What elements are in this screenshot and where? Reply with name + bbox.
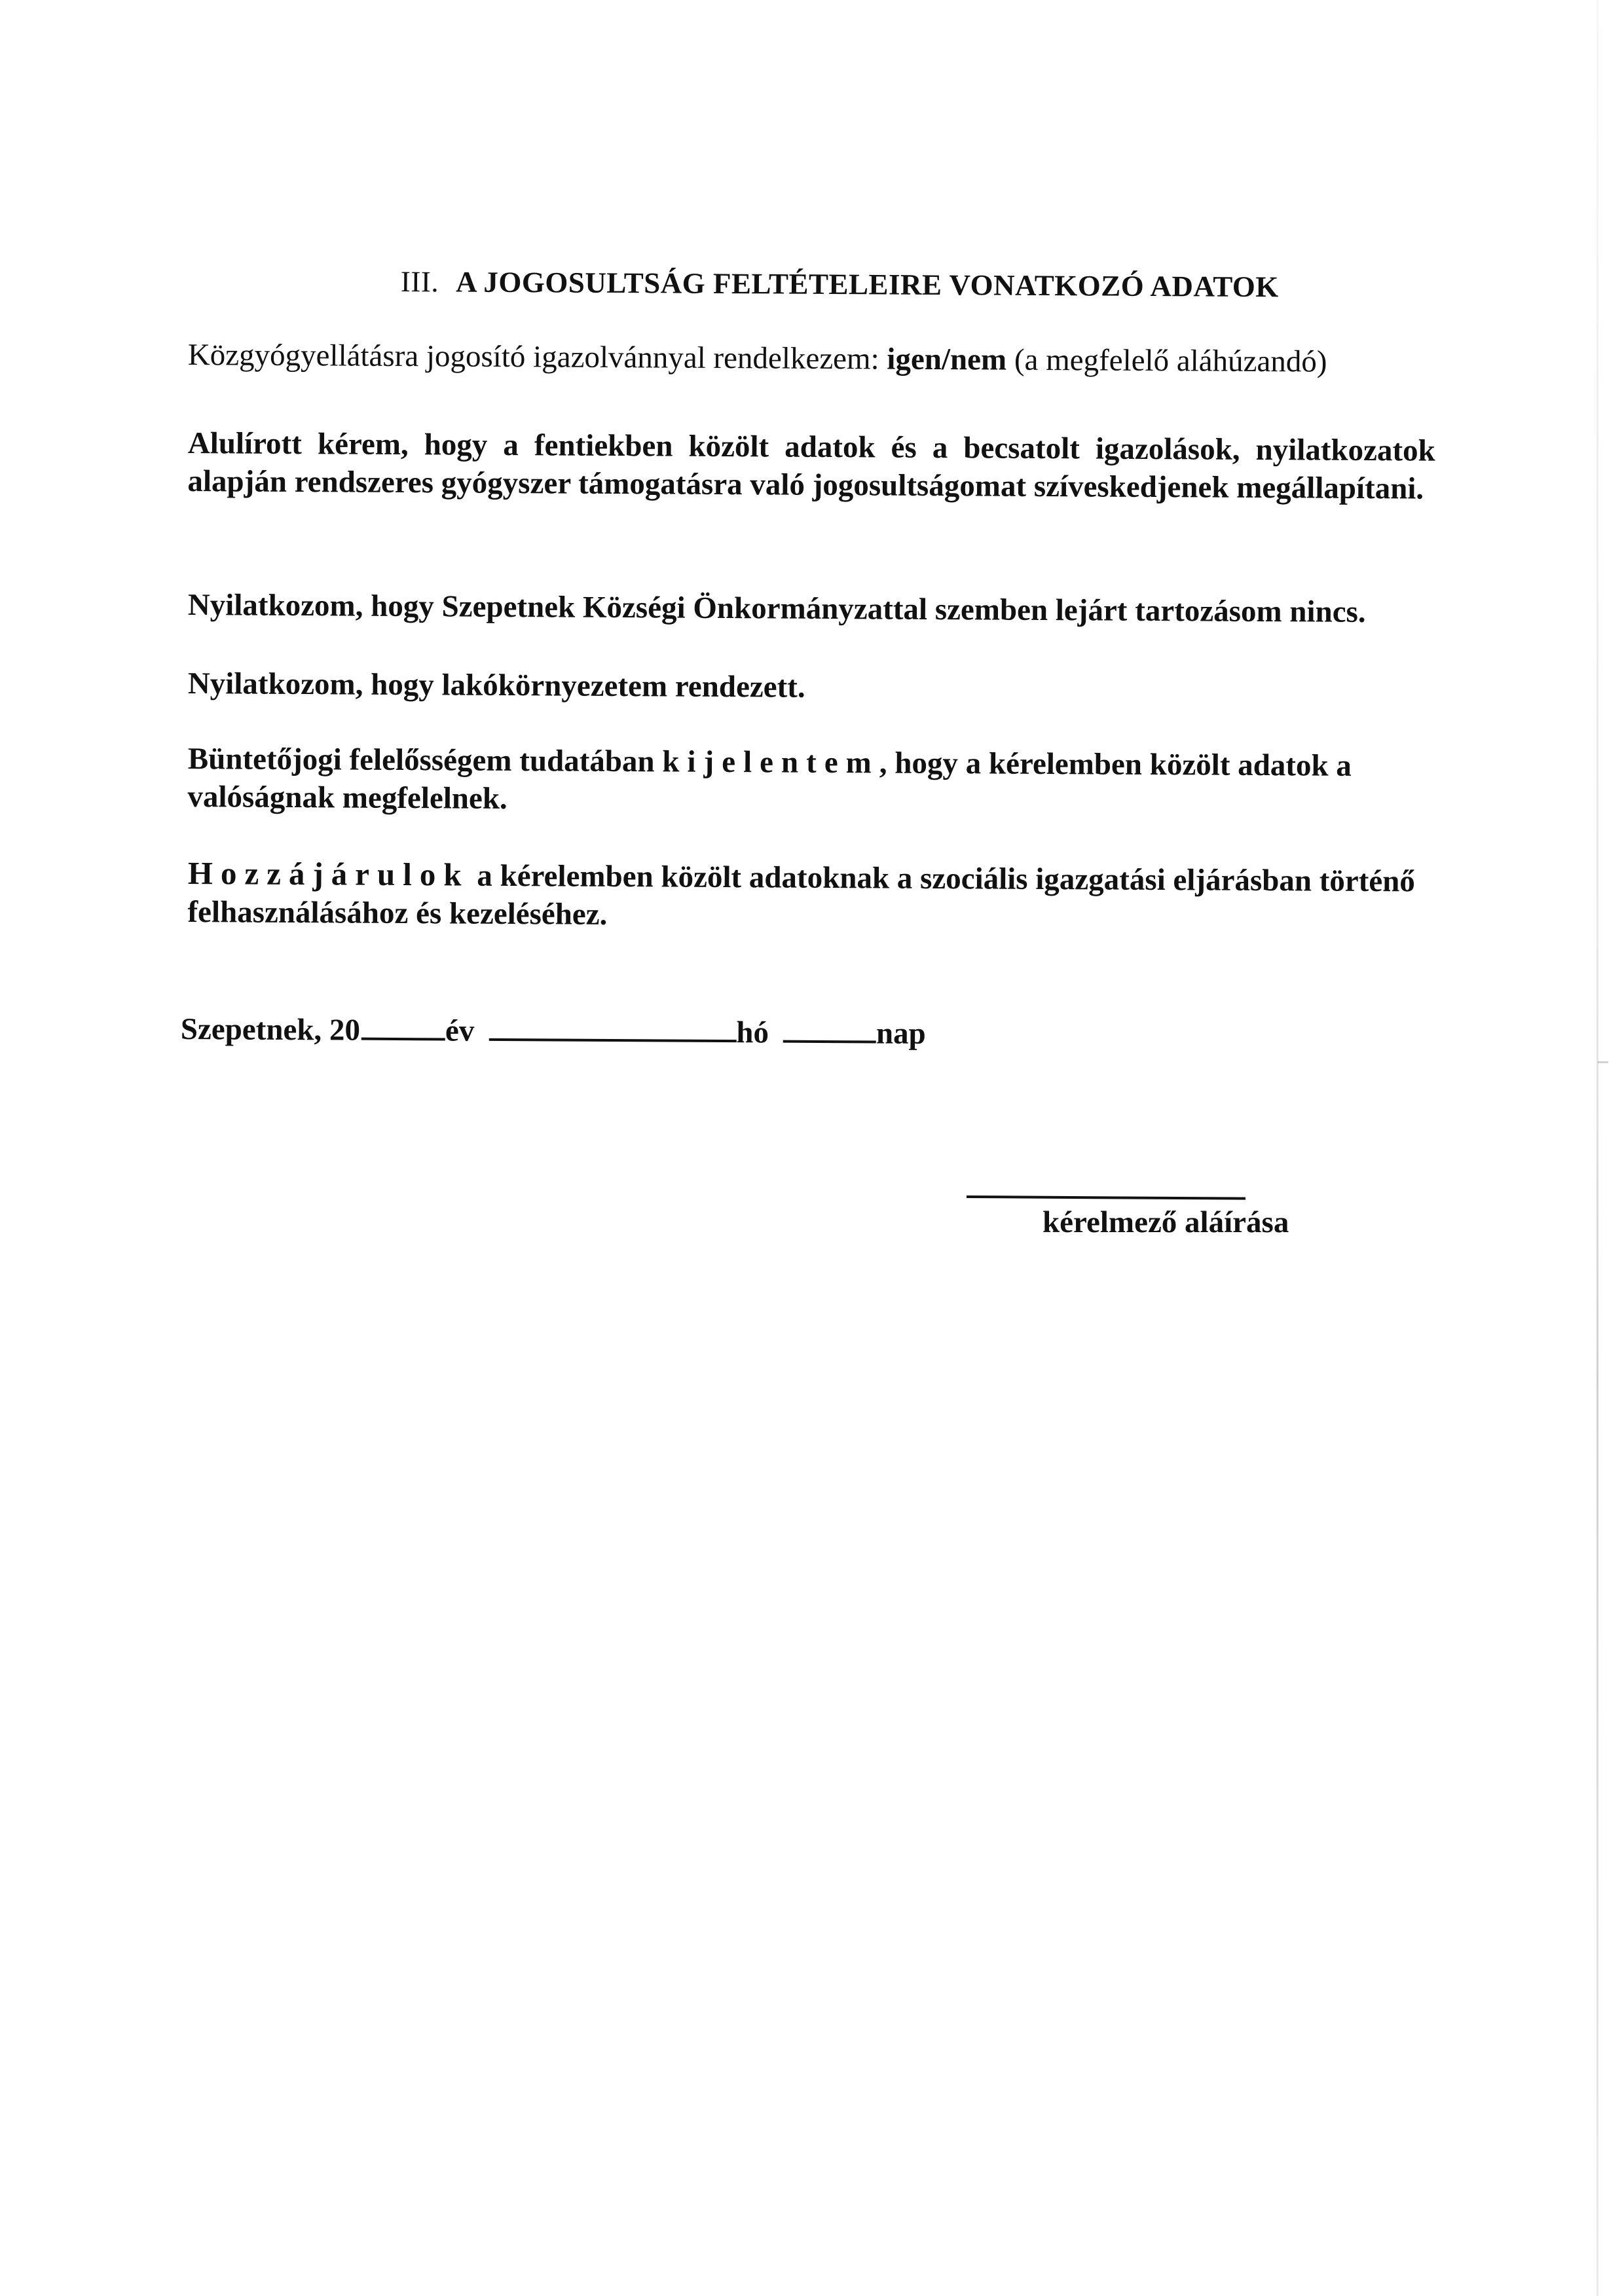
signature-field[interactable]	[967, 1195, 1246, 1200]
signature-label: kérelmező aláírása	[1043, 1205, 1289, 1240]
section-title: A JOGOSULTSÁG FELTÉTELEIRE VONATKOZÓ ADA…	[456, 266, 1279, 304]
paragraph-consent: Hozzájárulok a kérelemben közölt adatokn…	[187, 854, 1435, 939]
liability-prefix: Büntetőjogi felelősségem tudatában	[188, 742, 663, 778]
liability-emphasis: kijelentem	[662, 744, 879, 780]
section-heading: III.A JOGOSULTSÁG FELTÉTELEIRE VONATKOZÓ…	[401, 264, 1279, 304]
scan-mark	[1598, 1061, 1608, 1063]
month-label: hó	[736, 1015, 769, 1049]
consent-emphasis: Hozzájárulok	[188, 855, 470, 893]
section-number: III.	[401, 265, 439, 298]
year-field[interactable]	[361, 1037, 445, 1041]
paragraph-living-environment: Nyilatkozom, hogy lakókörnyezetem rendez…	[188, 665, 1435, 710]
kozgyogy-suffix: (a megfelelő aláhúzandó)	[1006, 343, 1327, 379]
scan-edge	[1596, 0, 1598, 2296]
igen-nem-choice[interactable]: igen/nem	[887, 342, 1006, 377]
day-label: nap	[876, 1016, 926, 1050]
document-page: III.A JOGOSULTSÁG FELTÉTELEIRE VONATKOZÓ…	[0, 0, 1624, 2296]
year-label: év	[445, 1013, 475, 1048]
paragraph-kozgyogyellatas: Közgyógyellátásra jogosító igazolvánnyal…	[188, 336, 1435, 382]
kozgyogy-prefix: Közgyógyellátásra jogosító igazolvánnyal…	[188, 338, 887, 376]
month-field[interactable]	[489, 1038, 736, 1042]
paragraph-request: Alulírott kérem, hogy a fentiekben közöl…	[187, 424, 1435, 508]
date-place: Szepetnek, 20	[181, 1012, 360, 1048]
date-line: Szepetnek, 20évhónap	[181, 1011, 926, 1051]
paragraph-criminal-liability: Büntetőjogi felelősségem tudatában kijel…	[187, 740, 1435, 824]
day-field[interactable]	[783, 1040, 876, 1044]
paragraph-debt-statement: Nyilatkozom, hogy Szepetnek Községi Önko…	[188, 586, 1435, 632]
